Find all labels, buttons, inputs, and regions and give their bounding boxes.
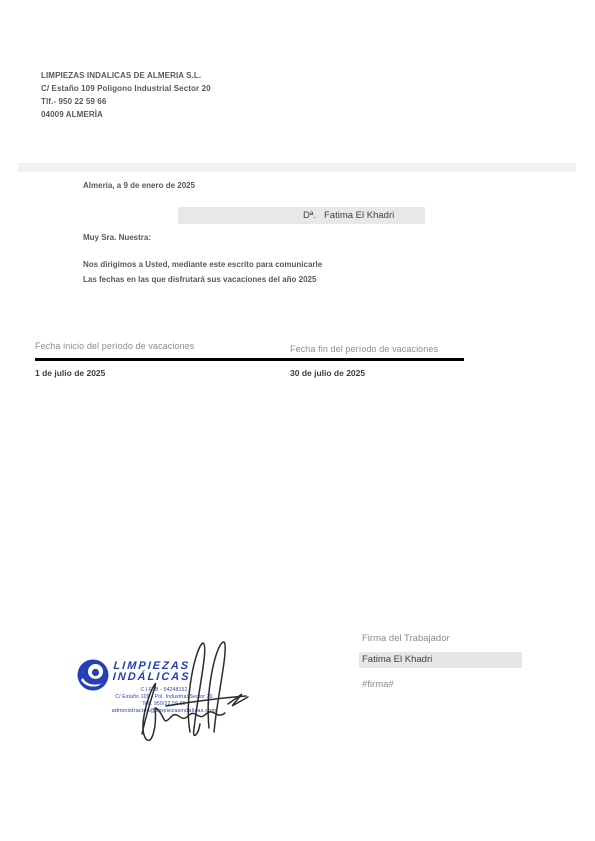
recipient-prefix: Dª. [178,210,316,221]
vacation-start-header: Fecha inicio del período de vacaciones [35,341,290,354]
body-line-2: Las fechas en las que disfrutará sus vac… [83,272,322,287]
recipient-name: Fatima El Khadri [324,210,394,221]
table-rule [35,358,464,361]
letterhead-address: C/ Estaño 109 Poligono Industrial Sector… [41,82,211,95]
body-paragraph: Nos dirigimos a Usted, mediante este esc… [83,257,322,287]
vacation-start-value: 1 de julio de 2025 [35,368,290,378]
letterhead: LIMPIEZAS INDALICAS DE ALMERIA S.L. C/ E… [41,69,211,121]
salutation: Muy Sra. Nuestra: [83,233,151,242]
letterhead-phone: Tlf.- 950 22 59 66 [41,95,211,108]
letter-page: LIMPIEZAS INDALICAS DE ALMERIA S.L. C/ E… [0,0,595,841]
vacation-table-value-row: 1 de julio de 2025 30 de julio de 2025 [35,368,464,378]
divider-band [18,163,576,172]
handwritten-signature [128,636,278,748]
body-line-1: Nos dirigimos a Usted, mediante este esc… [83,257,322,272]
signature-placeholder: #firma# [362,679,394,690]
vacation-table-header-row: Fecha inicio del período de vacaciones F… [35,341,464,354]
vacation-end-value: 30 de julio de 2025 [290,368,464,378]
signature-label: Firma del Trabajador [362,633,450,644]
signature-name-field[interactable]: Fatima El Khadri [359,652,522,668]
letterhead-company-name: LIMPIEZAS INDALICAS DE ALMERIA S.L. [41,69,211,82]
vacation-end-header: Fecha fin del período de vacaciones [290,341,464,354]
date-line: Almería, a 9 de enero de 2025 [83,181,195,190]
letterhead-city: 04009 ALMERÌA [41,108,211,121]
recipient-name-field[interactable]: Dª. Fatima El Khadri [178,207,425,224]
vacation-table: Fecha inicio del período de vacaciones F… [35,341,464,378]
